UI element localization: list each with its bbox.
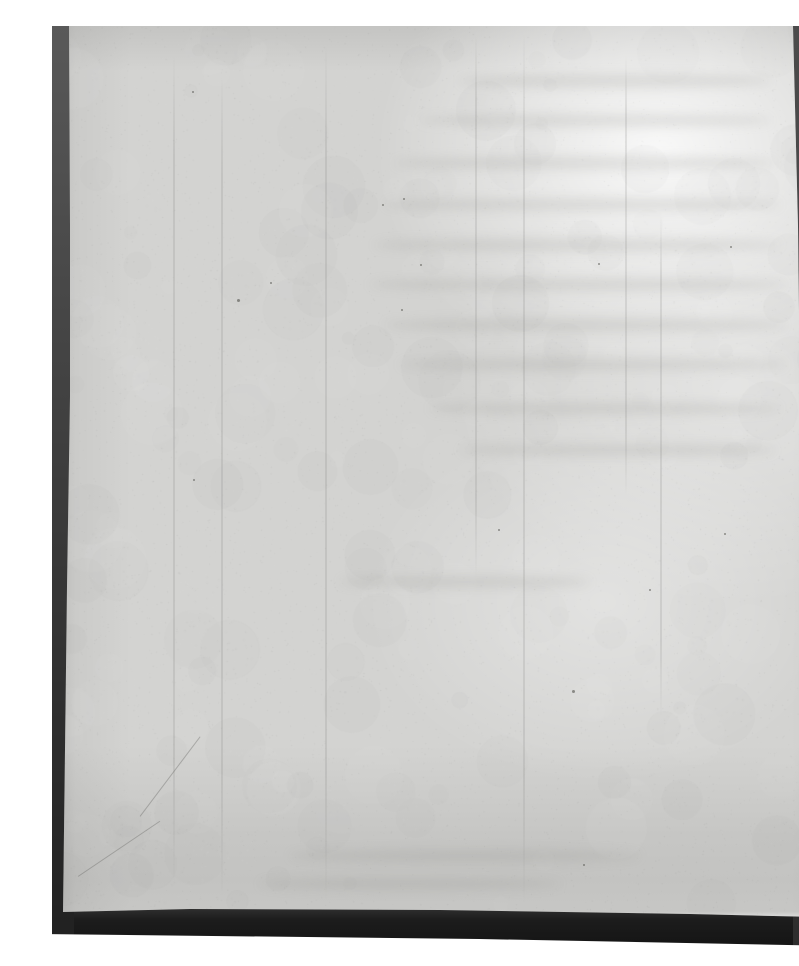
paper-speck [598, 263, 600, 265]
paper-sheet [52, 26, 799, 926]
paper-speck [583, 864, 585, 866]
paper-speck [724, 533, 726, 535]
crease-line [660, 216, 662, 716]
showthrough-band [370, 278, 785, 291]
paper-speck [498, 529, 500, 531]
crease-line [625, 56, 627, 496]
paper-speck [382, 204, 384, 206]
showthrough-band [290, 849, 640, 863]
showthrough-band [400, 358, 785, 371]
paper-speck [730, 246, 732, 248]
showthrough-band [420, 114, 770, 127]
paper-speck [193, 479, 195, 481]
paper-speck [401, 309, 403, 311]
showthrough-band [460, 444, 775, 456]
paper-speck [572, 690, 575, 693]
showthrough-band [385, 318, 785, 332]
showthrough-band [430, 402, 780, 415]
crease-line [475, 36, 477, 576]
photograph [40, 16, 799, 950]
showthrough-band [375, 238, 780, 252]
crease-line [221, 76, 223, 896]
paper-speck [237, 299, 240, 302]
paper-speck [270, 282, 272, 284]
showthrough-band [340, 576, 590, 588]
paper-speck [192, 91, 194, 93]
showthrough-band [460, 74, 770, 88]
paper-speck [403, 198, 405, 200]
crease-line [523, 34, 525, 904]
crease-line [173, 56, 175, 886]
crease-line [325, 46, 327, 901]
showthrough-band [260, 878, 560, 890]
showthrough-band [385, 198, 780, 211]
showthrough-band [395, 156, 775, 170]
paper-speck [420, 264, 422, 266]
paper-speck [649, 589, 651, 591]
